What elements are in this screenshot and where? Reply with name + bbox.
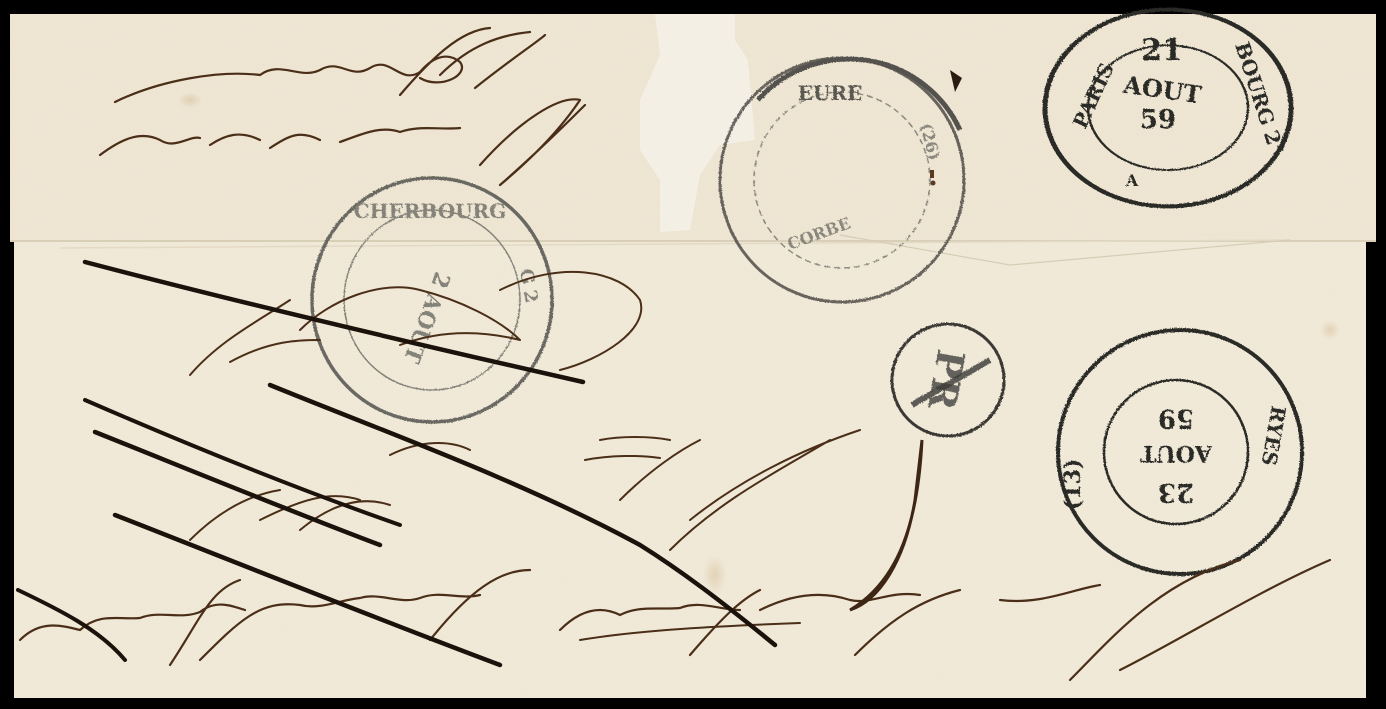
postal-cover-photo: PARIS BOURG 2° 21 AOUT 59 A EURE (26) CO…: [0, 0, 1386, 709]
ink-dot: [931, 181, 936, 186]
postmark-text: EURE: [798, 81, 863, 105]
stain: [1320, 320, 1340, 340]
postmark-year: 59: [1158, 403, 1194, 433]
postmark-day: 23: [1158, 477, 1194, 507]
postmark-day: 21: [1141, 33, 1183, 68]
postmark-year: 59: [1140, 105, 1176, 135]
postmark-text: (13): [1060, 459, 1086, 510]
postmark-letter: A: [1125, 171, 1139, 190]
ink-mark: [930, 170, 934, 178]
postmark-text: CHERBOURG: [354, 199, 507, 223]
postmark-month: AOUT: [1139, 440, 1212, 466]
stain: [178, 92, 202, 108]
